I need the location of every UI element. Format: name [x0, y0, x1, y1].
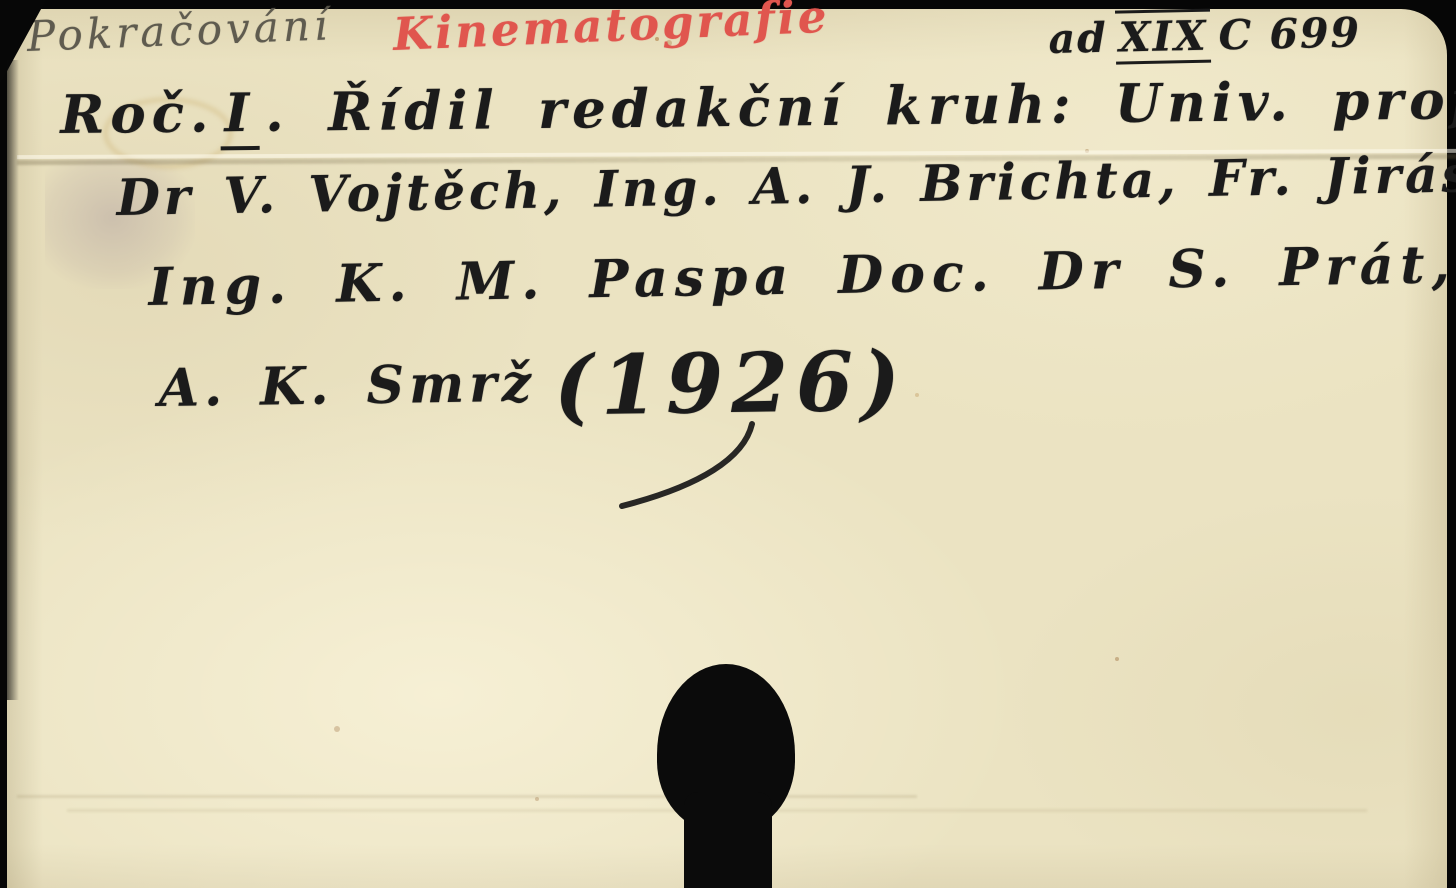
call-number-suffix: C 699: [1218, 8, 1361, 59]
volume-label: Roč.: [60, 82, 215, 146]
left-edge-shadow: [7, 60, 19, 700]
call-number: adXIXC 699: [1048, 5, 1362, 66]
entry-line-1-text: . Řídil redakční kruh: Univ. prof.: [265, 69, 1456, 144]
scanned-catalog-card-image: Pokračování Kinematografie adXIXC 699 Ro…: [0, 0, 1456, 888]
call-number-roman-numeral: XIX: [1115, 9, 1211, 65]
paren-flourish-stroke: [612, 420, 762, 515]
volume-numeral: I: [220, 82, 260, 150]
entry-line-1: Roč.I. Řídil redakční kruh: Univ. prof.: [60, 69, 1456, 152]
editor-name: A. K. Smrž: [158, 353, 536, 419]
entry-line-4: A. K. Smrž(1926): [158, 334, 909, 440]
call-number-prefix: ad: [1048, 14, 1108, 63]
keyhole-punch-stem: [684, 792, 772, 888]
